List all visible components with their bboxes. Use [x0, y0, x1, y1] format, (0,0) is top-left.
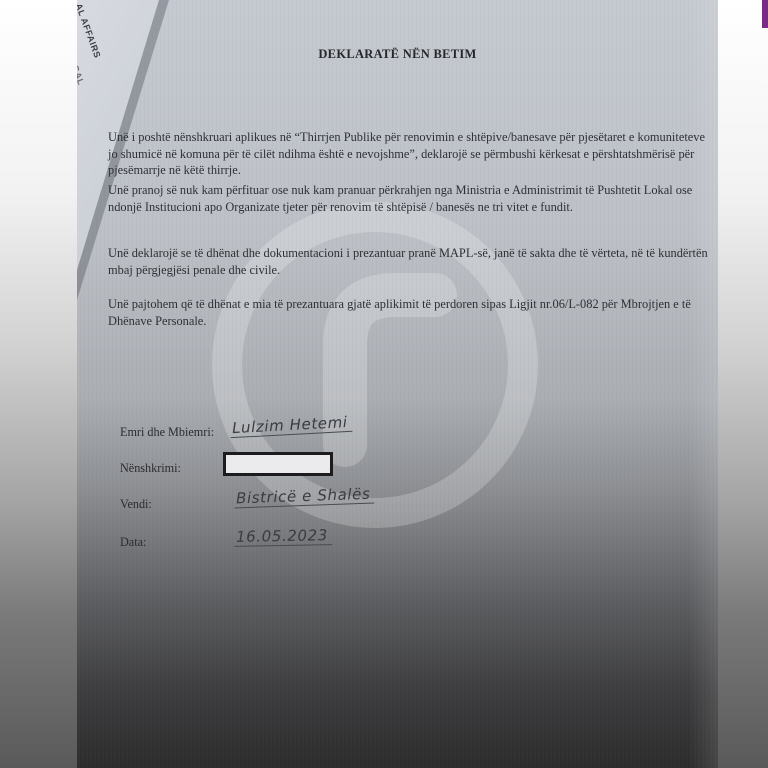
document-content: DEKLARATË NËN BETIM Unë i poshtë nënshkr…	[77, 0, 718, 768]
signature-label: Nënshkrimi:	[120, 461, 181, 476]
paragraph-data-consent: Unë pajtohem që të dhënat e mia të preza…	[108, 296, 713, 329]
name-label: Emri dhe Mbiemri:	[120, 425, 214, 440]
name-handwritten-value: Lulzim Hetemi	[230, 413, 352, 438]
document-photo: AL AFFAIRS LEGAL DEKLARATË NËN BETIM Unë…	[77, 0, 718, 768]
place-handwritten-value: Bistricë e Shalës	[234, 485, 375, 509]
date-handwritten-value: 16.05.2023	[234, 526, 332, 547]
document-title: DEKLARATË NËN BETIM	[77, 47, 718, 62]
place-label: Vendi:	[120, 497, 152, 512]
date-label: Data:	[120, 535, 146, 550]
paragraph-accuracy: Unë deklarojë se të dhënat dhe dokumenta…	[108, 245, 713, 278]
paragraph-no-prior-support: Unë pranoj së nuk kam përfituar ose nuk …	[108, 182, 713, 215]
paragraph-eligibility: Unë i poshtë nënshkruari aplikues në “Th…	[108, 129, 713, 179]
accent-bar	[762, 0, 768, 28]
signature-redaction-box	[223, 452, 333, 476]
